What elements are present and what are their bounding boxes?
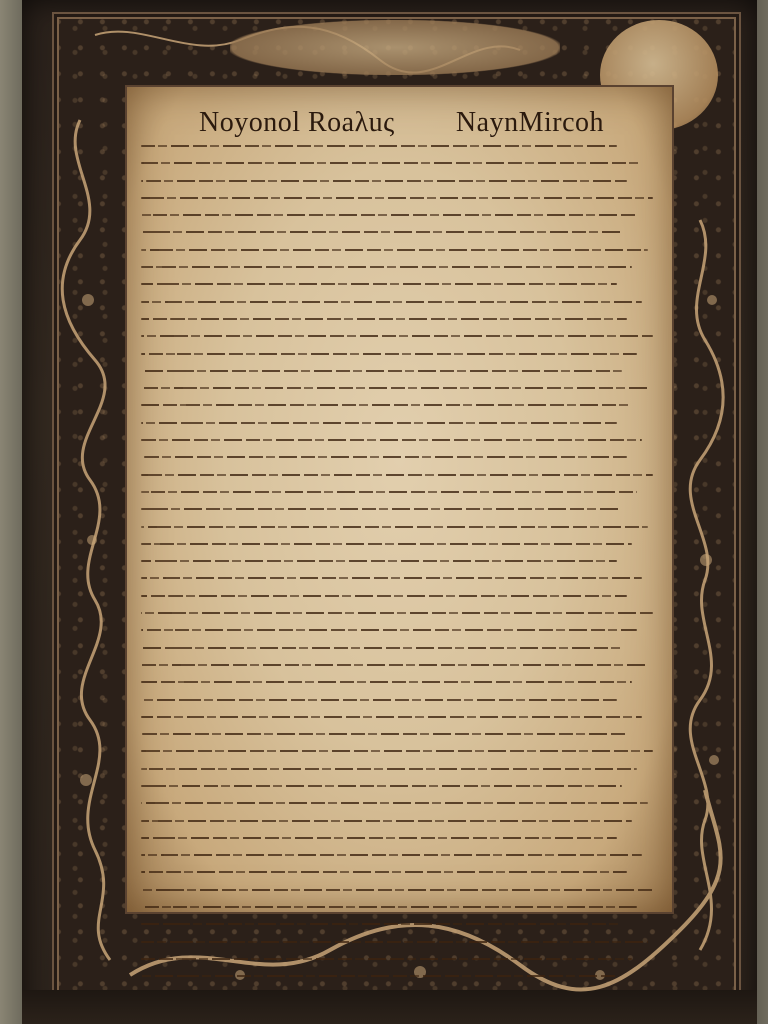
manuscript-text xyxy=(141,145,658,882)
text-line xyxy=(141,162,642,164)
text-line xyxy=(141,560,617,562)
text-line xyxy=(141,699,617,701)
text-line xyxy=(141,353,637,355)
text-line xyxy=(141,716,642,718)
text-line xyxy=(141,214,637,216)
text-line xyxy=(141,370,622,372)
title-left: Noyonol Roaλuς xyxy=(199,107,395,139)
text-line xyxy=(141,508,622,510)
text-line xyxy=(141,871,627,873)
text-line xyxy=(141,906,637,908)
text-line xyxy=(141,456,627,458)
text-line xyxy=(141,647,622,649)
text-line xyxy=(141,145,617,147)
text-line xyxy=(141,941,648,943)
text-line xyxy=(141,543,632,545)
manuscript-title: Noyonol Roaλuς NaynMircoh xyxy=(127,107,672,139)
text-line xyxy=(141,854,642,856)
text-line xyxy=(141,491,637,493)
text-line xyxy=(141,231,622,233)
title-right: NaynMircoh xyxy=(456,107,604,139)
text-line xyxy=(141,750,653,752)
text-line xyxy=(141,439,642,441)
text-line xyxy=(141,387,648,389)
text-line xyxy=(141,612,653,614)
text-line xyxy=(141,785,622,787)
text-line xyxy=(141,301,642,303)
text-line xyxy=(141,975,617,977)
text-line xyxy=(141,664,648,666)
text-line xyxy=(141,577,642,579)
text-line xyxy=(141,629,637,631)
text-line xyxy=(141,180,627,182)
text-line xyxy=(141,249,648,251)
parchment-page: Noyonol Roaλuς NaynMircoh xyxy=(125,85,674,914)
text-line xyxy=(141,733,627,735)
text-line xyxy=(141,197,653,199)
text-line xyxy=(141,266,632,268)
text-line xyxy=(141,526,648,528)
text-line xyxy=(141,889,653,891)
text-line xyxy=(141,283,617,285)
text-line xyxy=(141,802,648,804)
text-line xyxy=(141,474,653,476)
text-line xyxy=(141,404,632,406)
text-line xyxy=(141,422,617,424)
top-scroll-ornament xyxy=(230,20,560,75)
text-line xyxy=(141,958,632,960)
text-line xyxy=(141,820,632,822)
text-line xyxy=(141,681,632,683)
text-line xyxy=(141,335,653,337)
text-line xyxy=(141,595,627,597)
text-line xyxy=(141,318,627,320)
text-line xyxy=(141,768,637,770)
text-line xyxy=(141,837,617,839)
